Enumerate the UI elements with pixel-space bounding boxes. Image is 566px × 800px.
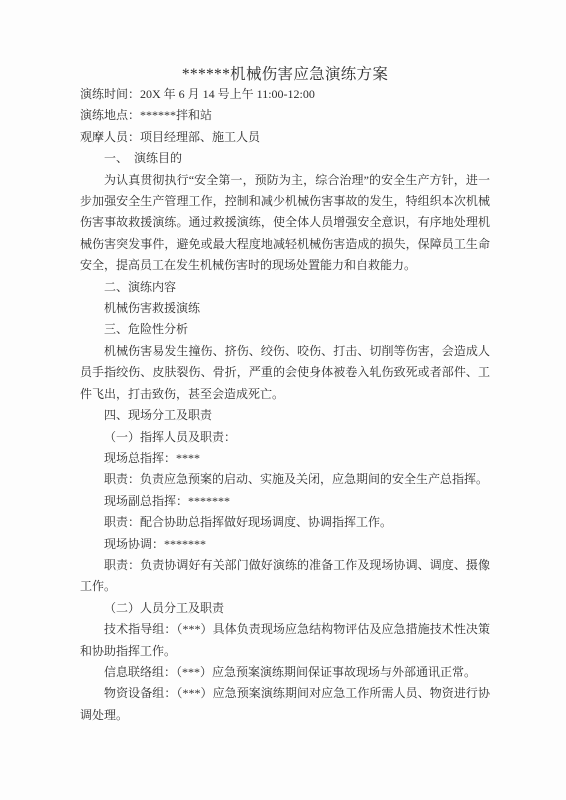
meta-line: 观摩人员：项目经理部、施工人员	[80, 127, 490, 148]
paragraph: 技术指导组：（***）具体负责现场应急结构物评估及应急措施技术性决策和协助指挥工…	[80, 619, 490, 662]
label-line: 现场协调：*******	[80, 534, 490, 555]
paragraph: 为认真贯彻执行“安全第一，预防为主，综合治理”的安全生产方针，进一步加强安全生产…	[80, 170, 490, 277]
paragraph: 职责：负责应急预案的启动、实施及关闭，应急期间的安全生产总指挥。	[80, 469, 490, 490]
section-heading: 二、演练内容	[80, 277, 490, 298]
document-meta: 演练时间：20X 年 6 月 14 号上午 11:00-12:00演练地点：**…	[80, 84, 490, 148]
label-line: 现场总指挥：****	[80, 448, 490, 469]
document-title: ******机械伤害应急演练方案	[80, 66, 490, 84]
sub-heading: （二）人员分工及职责	[80, 598, 490, 619]
paragraph: 物资设备组：（***）应急预案演练期间对应急工作所需人员、物资进行协调处理。	[80, 683, 490, 726]
label-line: 现场副总指挥：*******	[80, 491, 490, 512]
document-body: 一、 演练目的为认真贯彻执行“安全第一，预防为主，综合治理”的安全生产方针，进一…	[80, 148, 490, 726]
label-line: 机械伤害救援演练	[80, 298, 490, 319]
paragraph: 职责：负责协调好有关部门做好演练的准备工作及现场协调、调度、摄像工作。	[80, 555, 490, 598]
paragraph: 信息联络组：（***）应急预案演练期间保证事故现场与外部通讯正常。	[80, 662, 490, 683]
sub-heading: （一）指挥人员及职责：	[80, 427, 490, 448]
section-heading: 一、 演练目的	[80, 148, 490, 169]
section-heading: 三、危险性分析	[80, 319, 490, 340]
document-page: ******机械伤害应急演练方案 演练时间：20X 年 6 月 14 号上午 1…	[0, 0, 566, 800]
section-heading: 四、现场分工及职责	[80, 405, 490, 426]
meta-line: 演练地点：******拌和站	[80, 105, 490, 126]
paragraph: 职责：配合协助总指挥做好现场调度、协调指挥工作。	[80, 512, 490, 533]
paragraph: 机械伤害易发生撞伤、挤伤、绞伤、咬伤、打击、切削等伤害，会造成人员手指绞伤、皮肤…	[80, 341, 490, 405]
meta-line: 演练时间：20X 年 6 月 14 号上午 11:00-12:00	[80, 84, 490, 105]
